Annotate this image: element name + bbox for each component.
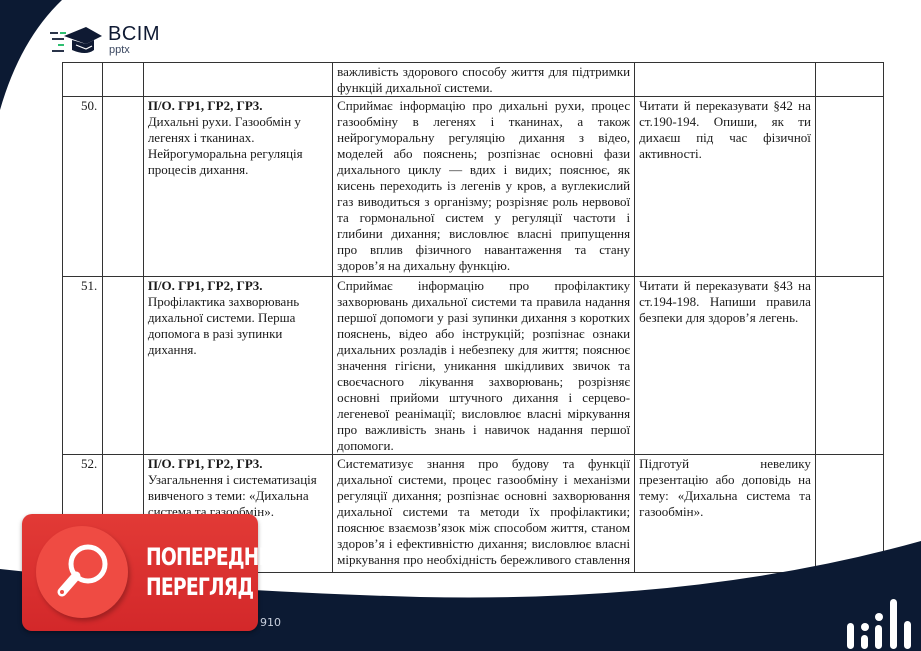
preview-line2: ПЕРЕГЛЯД [146, 572, 280, 602]
topic-title: Дихальні рухи. Газообмін у легенях і тка… [148, 114, 328, 178]
table-row-continuation: важливість здорового способу життя для п… [63, 63, 884, 97]
cell-outcome: важливість здорового способу життя для п… [333, 63, 635, 97]
cell-homework: Читати й переказувати §43 на ст.194-198.… [635, 277, 816, 455]
topic-groups: П/О. ГР1, ГР2, ГР3. [148, 98, 328, 114]
footer-code: 910 [260, 616, 281, 629]
brand-mark-icon [843, 597, 917, 649]
table-row: 51. П/О. ГР1, ГР2, ГР3. Профілактика зах… [63, 277, 884, 455]
lesson-plan-table: важливість здорового способу життя для п… [62, 62, 884, 573]
cell-topic: П/О. ГР1, ГР2, ГР3. Дихальні рухи. Газоо… [143, 97, 332, 277]
cell-date [103, 97, 143, 277]
logo-subtitle: pptx [109, 45, 160, 56]
preview-badge[interactable]: ПОПЕРЕДНІЙ ПЕРЕГЛЯД [22, 514, 258, 631]
cell-date [103, 63, 143, 97]
cell-topic [143, 63, 332, 97]
cell-number [63, 63, 103, 97]
cell-notes [815, 277, 883, 455]
cell-date [103, 277, 143, 455]
graduation-cap-icon [48, 23, 104, 57]
topic-title: Узагальнення і систематизація вивченого … [148, 472, 328, 520]
topic-groups: П/О. ГР1, ГР2, ГР3. [148, 278, 328, 294]
cell-homework [635, 63, 816, 97]
cell-outcome: Сприймає інформацію про профілактику зах… [333, 277, 635, 455]
preview-line1: ПОПЕРЕДНІЙ [146, 542, 280, 572]
cell-number: 50. [63, 97, 103, 277]
logo-title: BCIM [108, 24, 160, 44]
cell-topic: П/О. ГР1, ГР2, ГР3. Профілактика захворю… [143, 277, 332, 455]
topic-title: Профілактика захворювань дихальної систе… [148, 294, 328, 358]
table-row: 50. П/О. ГР1, ГР2, ГР3. Дихальні рухи. Г… [63, 97, 884, 277]
preview-circle [36, 526, 128, 618]
cell-homework: Читати й переказувати §42 на ст.190-194.… [635, 97, 816, 277]
cell-number: 51. [63, 277, 103, 455]
site-logo[interactable]: BCIM pptx [48, 22, 160, 58]
magnifier-icon [36, 526, 128, 618]
topic-groups: П/О. ГР1, ГР2, ГР3. [148, 456, 328, 472]
cell-notes [815, 97, 883, 277]
cell-outcome: Сприймає інформацію про дихальні рухи, п… [333, 97, 635, 277]
cell-notes [815, 63, 883, 97]
preview-label: ПОПЕРЕДНІЙ ПЕРЕГЛЯД [146, 542, 280, 602]
